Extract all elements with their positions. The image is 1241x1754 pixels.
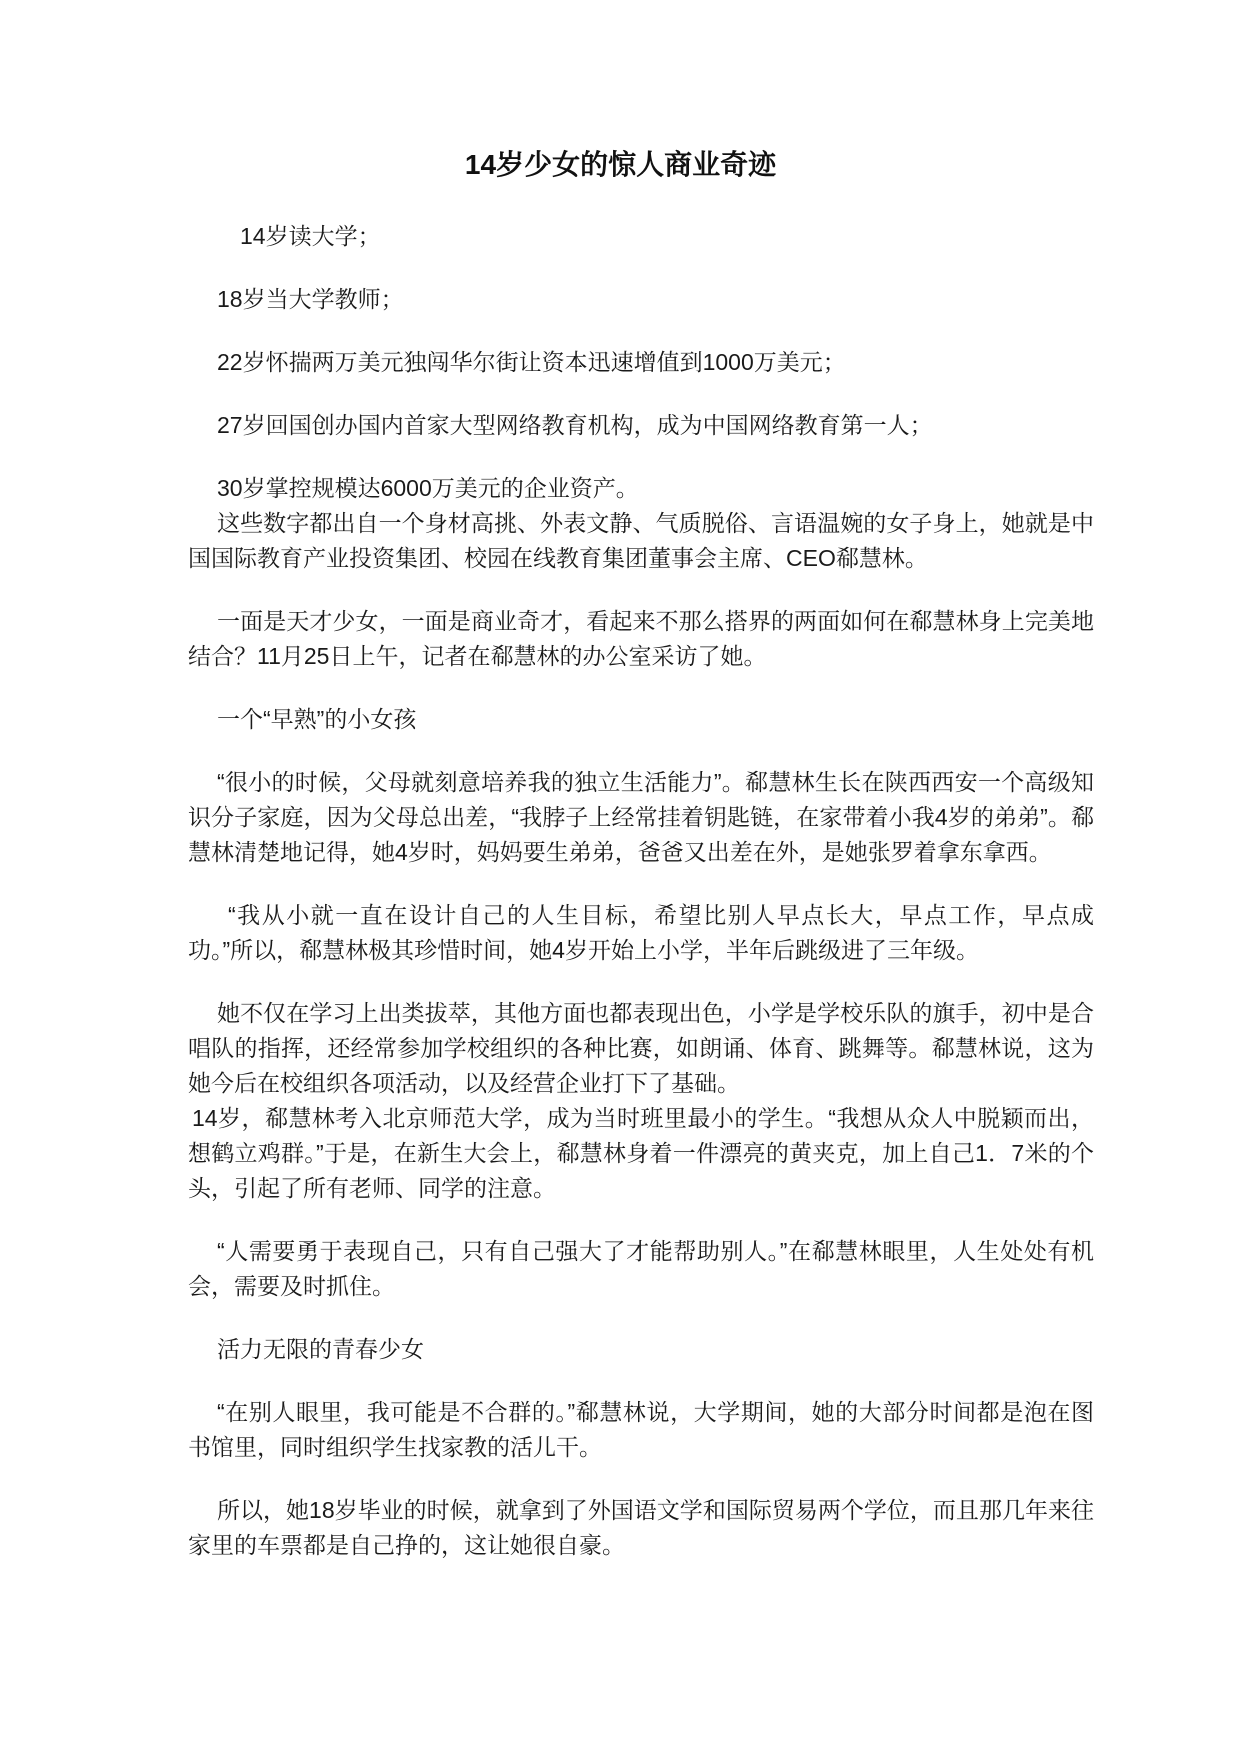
paragraph: 14岁，郗慧林考入北京师范大学，成为当时班里最小的学生。“我想从众人中脱颖而出，…	[188, 1101, 1094, 1206]
paragraph: “很小的时候，父母就刻意培养我的独立生活能力”。郗慧林生长在陕西西安一个高级知识…	[188, 765, 1094, 870]
paragraph: 她不仅在学习上出类拔萃，其他方面也都表现出色，小学是学校乐队的旗手，初中是合唱队…	[188, 996, 1094, 1101]
paragraph: 活力无限的青春少女	[188, 1332, 1094, 1367]
paragraph: 22岁怀揣两万美元独闯华尔街让资本迅速增值到1000万美元；	[188, 345, 1094, 380]
document-body: 14岁读大学；18岁当大学教师；22岁怀揣两万美元独闯华尔街让资本迅速增值到10…	[188, 219, 1094, 1563]
paragraph: 30岁掌控规模达6000万美元的企业资产。	[188, 471, 1094, 506]
paragraph: “人需要勇于表现自己，只有自己强大了才能帮助别人。”在郗慧林眼里，人生处处有机会…	[188, 1234, 1094, 1304]
paragraph: “我从小就一直在设计自己的人生目标，希望比别人早点长大，早点工作，早点成功。”所…	[188, 898, 1094, 968]
paragraph: 这些数字都出自一个身材高挑、外表文静、气质脱俗、言语温婉的女子身上，她就是中国国…	[188, 506, 1094, 576]
paragraph: 一个“早熟”的小女孩	[188, 702, 1094, 737]
document-title: 14岁少女的惊人商业奇迹	[0, 0, 1241, 182]
paragraph: “在别人眼里，我可能是不合群的。”郗慧林说，大学期间，她的大部分时间都是泡在图书…	[188, 1395, 1094, 1465]
paragraph: 一面是天才少女，一面是商业奇才，看起来不那么搭界的两面如何在郗慧林身上完美地结合…	[188, 604, 1094, 674]
document-page: 14岁少女的惊人商业奇迹 14岁读大学；18岁当大学教师；22岁怀揣两万美元独闯…	[0, 0, 1241, 1754]
paragraph: 14岁读大学；	[188, 219, 1094, 254]
paragraph: 27岁回国创办国内首家大型网络教育机构，成为中国网络教育第一人；	[188, 408, 1094, 443]
paragraph: 所以，她18岁毕业的时候，就拿到了外国语文学和国际贸易两个学位，而且那几年来往家…	[188, 1493, 1094, 1563]
paragraph: 18岁当大学教师；	[188, 282, 1094, 317]
